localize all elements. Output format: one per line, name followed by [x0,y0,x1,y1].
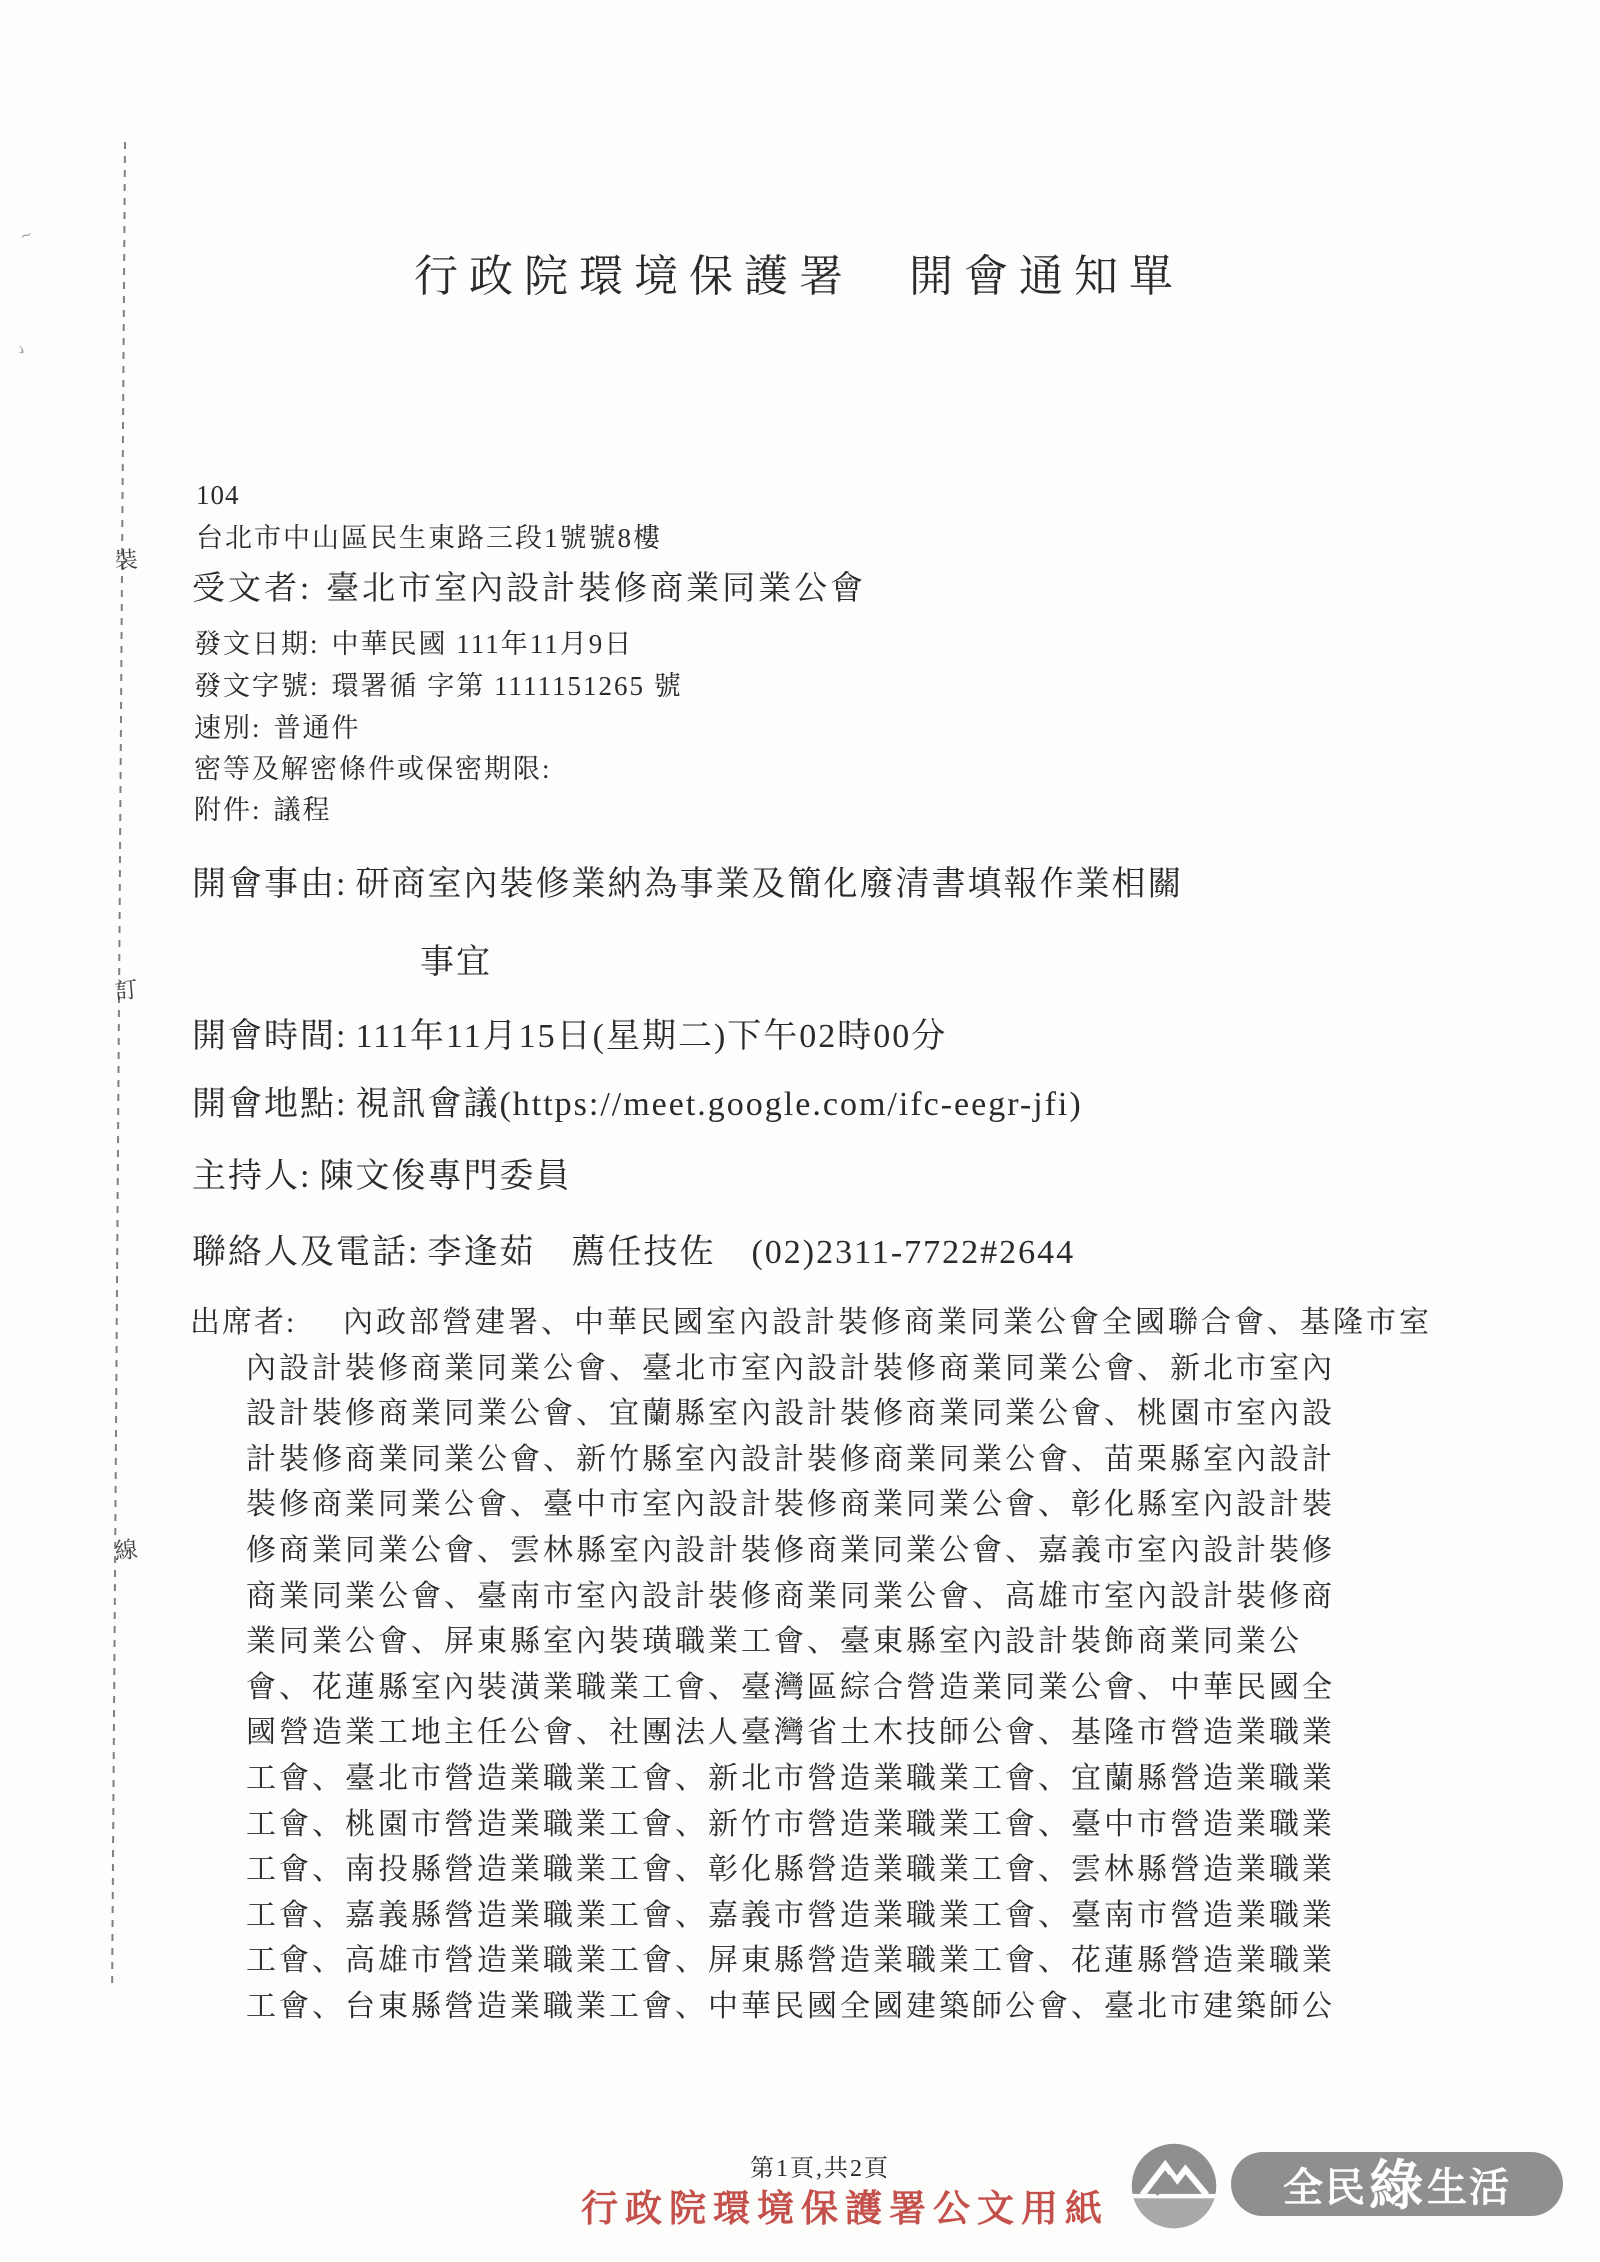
green-life-logo: 全民綠生活 [1130,2140,1570,2235]
attendees-line: 工會、臺北市營造業職業工會、新北市營造業職業工會、宜蘭縣營造業職業 [246,1756,1436,1802]
doc-number-line: 發文字號:環署循 字第 1111151265 號 [194,664,683,703]
attendees-paragraph: 出席者: 內政部營建署、中華民國室內設計裝修商業同業公會全國聯合會、基隆市室 內… [246,1300,1436,2030]
doc-number-label: 發文字號: [194,671,320,701]
attendees-label: 出席者: [190,1300,296,1346]
badge-text-left: 全民 [1283,2156,1367,2213]
meeting-location-label: 開會地點: [192,1086,347,1123]
recipient-label: 受文者: [192,571,312,607]
meeting-subject: 開會事由:研商室內裝修業納為事業及簡化廢清書填報作業相關 事宜 [192,856,1183,983]
recipient-name: 臺北市室內設計裝修商業同業公會 [326,571,866,607]
meeting-location-value: 視訊會議(https://meet.google.com/ifc-eegr-jf… [355,1086,1082,1123]
meeting-time-label: 開會時間: [192,1018,347,1055]
meeting-host-line: 主持人:陳文俊專門委員 [192,1148,571,1197]
attendees-line: 工會、嘉義縣營造業職業工會、嘉義市營造業職業工會、臺南市營造業職業 [246,1893,1436,1939]
badge-text-green: 綠 [1369,2143,1425,2220]
scan-artifact: ゝ [9,334,33,364]
badge-text-right: 生活 [1427,2156,1511,2213]
meeting-host-label: 主持人: [192,1158,311,1195]
meeting-contact-line: 聯絡人及電話:李逢茹 薦任技佐 (02)2311-7722#2644 [192,1224,1075,1273]
meeting-subject-line2: 事宜 [192,934,1183,983]
meeting-subject-label: 開會事由: [192,866,347,903]
document-title: 行政院環境保護署 開會通知單 [414,240,1184,304]
speed-value: 普通件 [274,713,361,743]
issue-date-line: 發文日期:中華民國 111年11月9日 [194,622,633,661]
attachment-value: 議程 [274,795,332,825]
attendees-line: 工會、南投縣營造業職業工會、彰化縣營造業職業工會、雲林縣營造業職業 [246,1847,1436,1893]
binding-dotted-line [111,142,126,1987]
binding-mark-zhuang: 裝 [103,540,150,577]
attendees-line: 修商業同業公會、雲林縣室內設計裝修商業同業公會、嘉義市室內設計裝修 [246,1528,1436,1574]
attendees-line: 商業同業公會、臺南市室內設計裝修商業同業公會、高雄市室內設計裝修商 [246,1574,1436,1620]
binding-mark-ding: 訂 [103,970,150,1007]
meeting-subject-line1: 開會事由:研商室內裝修業納為事業及簡化廢清書填報作業相關 [192,856,1183,905]
attendees-line: 工會、桃園市營造業職業工會、新竹市營造業職業工會、臺中市營造業職業 [246,1802,1436,1848]
attendees-line: 計裝修商業同業公會、新竹縣室內設計裝修商業同業公會、苗栗縣室內設計 [246,1437,1436,1483]
meeting-time-line: 開會時間:111年11月15日(星期二)下午02時00分 [192,1008,947,1057]
attendees-line: 會、花蓮縣室內裝潢業職業工會、臺灣區綜合營造業同業公會、中華民國全 [246,1665,1436,1711]
meeting-time-value: 111年11月15日(星期二)下午02時00分 [355,1018,947,1055]
meeting-host-value: 陳文俊專門委員 [319,1158,571,1195]
meeting-contact-value: 李逢茹 薦任技佐 (02)2311-7722#2644 [427,1234,1075,1271]
official-paper-name: 行政院環境保護署公文用紙 [581,2178,1109,2232]
attendees-line: 內設計裝修商業同業公會、臺北市室內設計裝修商業同業公會、新北市室內 [246,1346,1436,1392]
meeting-location-line: 開會地點:視訊會議(https://meet.google.com/ifc-ee… [192,1076,1083,1125]
attendees-line: 內政部營建署、中華民國室內設計裝修商業同業公會全國聯合會、基隆市室 [246,1300,1436,1346]
meeting-subject-value: 研商室內裝修業納為事業及簡化廢清書填報作業相關 [355,866,1183,903]
epa-mountain-icon [1130,2142,1218,2230]
attendees-line: 工會、台東縣營造業職業工會、中華民國全國建築師公會、臺北市建築師公 [246,1984,1436,2030]
binding-mark-xian: 線 [103,1530,150,1567]
green-life-badge: 全民綠生活 [1231,2152,1563,2216]
issue-date-value: 中華民國 111年11月9日 [332,629,634,659]
scan-artifact: ∼ [17,224,35,246]
attendees-line: 業同業公會、屏東縣室內裝璜職業工會、臺東縣室內設計裝飾商業同業公 [246,1619,1436,1665]
attendees-line: 設計裝修商業同業公會、宜蘭縣室內設計裝修商業同業公會、桃園市室內設 [246,1391,1436,1437]
attendees-line: 工會、高雄市營造業職業工會、屏東縣營造業職業工會、花蓮縣營造業職業 [246,1938,1436,1984]
issue-date-label: 發文日期: [194,629,320,659]
attendees-line: 國營造業工地主任公會、社團法人臺灣省土木技師公會、基隆市營造業職業 [246,1710,1436,1756]
postal-code: 104 [196,480,240,511]
attendees-line: 裝修商業同業公會、臺中市室內設計裝修商業同業公會、彰化縣室內設計裝 [246,1482,1436,1528]
meeting-contact-label: 聯絡人及電話: [192,1234,419,1271]
recipient-line: 受文者:臺北市室內設計裝修商業同業公會 [192,562,866,609]
attachment-line: 附件:議程 [194,788,332,827]
security-label: 密等及解密條件或保密期限: [194,754,552,784]
security-line: 密等及解密條件或保密期限: [194,747,564,786]
attachment-label: 附件: [194,795,262,825]
scanned-meeting-notice: 裝 訂 線 ∼ ゝ 行政院環境保護署 開會通知單 104 台北市中山區民生東路三… [0,0,1600,2262]
doc-number-value: 環署循 字第 1111151265 號 [332,671,683,701]
speed-line: 速別:普通件 [194,706,361,745]
recipient-address: 台北市中山區民生東路三段1號號8樓 [196,516,662,555]
speed-label: 速別: [194,713,262,743]
